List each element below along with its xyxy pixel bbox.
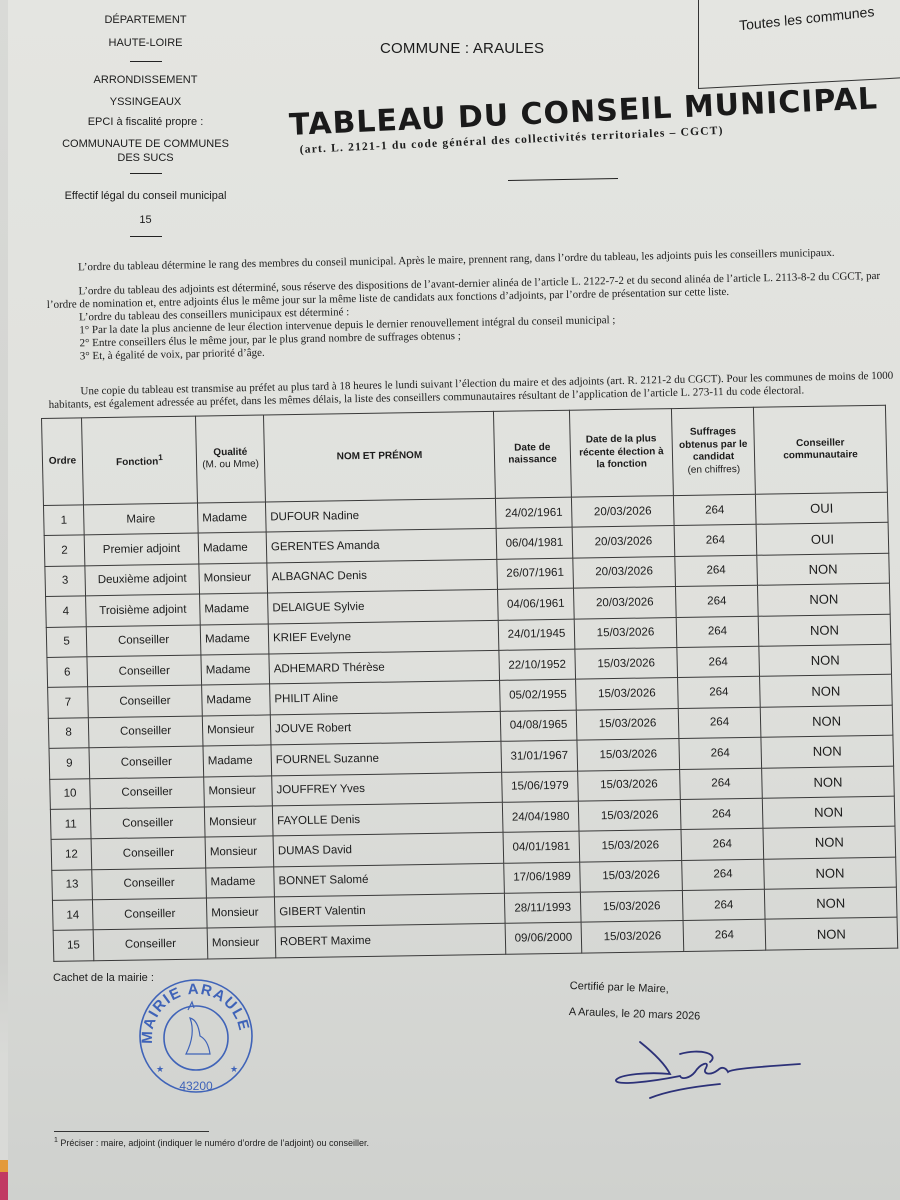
cell-fonction: Conseiller bbox=[92, 898, 207, 930]
cell-suffrages: 264 bbox=[680, 798, 763, 830]
cell-communautaire: NON bbox=[757, 553, 890, 585]
cell-naissance: 04/06/1961 bbox=[497, 588, 574, 620]
cell-fonction: Maire bbox=[83, 503, 198, 535]
cell-nom: PHILIT Aline bbox=[270, 681, 501, 715]
cell-election: 15/03/2026 bbox=[576, 708, 679, 740]
mairie-stamp-icon: MAIRIE ARAULES 43200 ★ ★ bbox=[136, 976, 256, 1096]
cell-ordre: 8 bbox=[48, 718, 89, 749]
cell-nom: GIBERT Valentin bbox=[274, 893, 505, 927]
col-header-ordre: Ordre bbox=[42, 418, 84, 506]
cell-suffrages: 264 bbox=[678, 707, 761, 739]
scope-label: Toutes les communes bbox=[739, 3, 875, 33]
cell-naissance: 28/11/1993 bbox=[504, 892, 581, 924]
cell-suffrages: 264 bbox=[680, 768, 763, 800]
cell-ordre: 6 bbox=[47, 657, 88, 688]
table-header-row: Ordre Fonction1 Qualité(M. ou Mme) NOM E… bbox=[42, 405, 888, 505]
svg-text:★: ★ bbox=[156, 1064, 164, 1074]
cell-qualite: Monsieur bbox=[206, 897, 275, 928]
cell-nom: ROBERT Maxime bbox=[275, 924, 506, 958]
effectif-value: 15 bbox=[48, 214, 243, 228]
cell-qualite: Madame bbox=[202, 684, 271, 715]
departement-value: HAUTE-LOIRE bbox=[48, 37, 243, 51]
cell-ordre: 11 bbox=[50, 809, 91, 840]
svg-text:★: ★ bbox=[230, 1064, 238, 1074]
cell-election: 20/03/2026 bbox=[573, 556, 676, 588]
cell-qualite: Madame bbox=[201, 654, 270, 685]
cell-election: 15/03/2026 bbox=[580, 891, 683, 923]
cell-ordre: 13 bbox=[52, 869, 93, 900]
cell-qualite: Monsieur bbox=[205, 836, 274, 867]
cell-election: 15/03/2026 bbox=[578, 769, 681, 801]
cell-suffrages: 264 bbox=[673, 494, 756, 526]
cell-qualite: Madame bbox=[200, 624, 269, 655]
cell-naissance: 26/07/1961 bbox=[497, 558, 574, 590]
cell-fonction: Conseiller bbox=[90, 777, 205, 809]
cell-communautaire: NON bbox=[762, 766, 895, 798]
cell-ordre: 15 bbox=[53, 930, 94, 961]
cell-nom: DUFOUR Nadine bbox=[265, 498, 496, 532]
cell-ordre: 2 bbox=[44, 535, 85, 566]
cell-nom: FOURNEL Suzanne bbox=[271, 741, 502, 775]
cell-communautaire: NON bbox=[764, 887, 897, 919]
cell-election: 20/03/2026 bbox=[573, 587, 676, 619]
cell-fonction: Conseiller bbox=[89, 746, 204, 778]
col-header-fonction: Fonction1 bbox=[82, 416, 198, 505]
cell-suffrages: 264 bbox=[677, 646, 760, 678]
col-header-communautaire: Conseiller communautaire bbox=[753, 405, 887, 494]
cell-naissance: 04/01/1981 bbox=[503, 831, 580, 863]
cell-ordre: 5 bbox=[46, 626, 87, 657]
cell-nom: GERENTES Amanda bbox=[266, 529, 497, 563]
epci-line-2: DES SUCS bbox=[48, 152, 243, 166]
col-header-suffrages: Suffrages obtenus par le candidat(en chi… bbox=[671, 407, 755, 495]
cell-fonction: Conseiller bbox=[90, 807, 205, 839]
cell-fonction: Deuxième adjoint bbox=[85, 564, 200, 596]
cell-suffrages: 264 bbox=[675, 585, 758, 617]
cell-suffrages: 264 bbox=[678, 677, 761, 709]
cell-qualite: Madame bbox=[206, 867, 275, 898]
cell-fonction: Troisième adjoint bbox=[86, 594, 201, 626]
effectif-label: Effectif légal du conseil municipal bbox=[48, 190, 243, 204]
cell-election: 15/03/2026 bbox=[581, 921, 684, 953]
cell-ordre: 4 bbox=[46, 596, 87, 627]
cell-fonction: Conseiller bbox=[88, 716, 203, 748]
cell-ordre: 14 bbox=[52, 900, 93, 931]
cell-naissance: 24/02/1961 bbox=[495, 497, 572, 529]
document-page: DÉPARTEMENT HAUTE-LOIRE ARRONDISSEMENT Y… bbox=[8, 0, 900, 1200]
footnote: 1 Préciser : maire, adjoint (indiquer le… bbox=[54, 1137, 369, 1148]
cell-naissance: 22/10/1952 bbox=[499, 649, 576, 681]
cell-election: 15/03/2026 bbox=[579, 830, 682, 862]
cell-nom: KRIEF Evelyne bbox=[268, 620, 499, 654]
cell-ordre: 7 bbox=[48, 687, 89, 718]
scope-box: Toutes les communes bbox=[698, 0, 900, 89]
cell-ordre: 12 bbox=[51, 839, 92, 870]
cell-nom: ADHEMARD Thérèse bbox=[269, 650, 500, 684]
cell-communautaire: NON bbox=[761, 735, 894, 767]
cell-suffrages: 264 bbox=[675, 555, 758, 587]
divider bbox=[130, 236, 162, 237]
col-header-nom: NOM ET PRÉNOM bbox=[263, 411, 495, 502]
instructions-text: L’ordre du tableau détermine le rang des… bbox=[46, 246, 899, 412]
cell-communautaire: OUI bbox=[755, 492, 888, 524]
cell-nom: ALBAGNAC Denis bbox=[267, 559, 498, 593]
cell-communautaire: OUI bbox=[756, 523, 889, 555]
cell-communautaire: NON bbox=[763, 826, 896, 858]
cell-qualite: Monsieur bbox=[202, 715, 271, 746]
cell-naissance: 24/01/1945 bbox=[498, 619, 575, 651]
cell-election: 20/03/2026 bbox=[571, 496, 674, 528]
cell-election: 20/03/2026 bbox=[572, 526, 675, 558]
cell-election: 15/03/2026 bbox=[575, 647, 678, 679]
cell-qualite: Monsieur bbox=[204, 806, 273, 837]
cell-qualite: Monsieur bbox=[199, 563, 268, 594]
council-table: Ordre Fonction1 Qualité(M. ou Mme) NOM E… bbox=[41, 405, 898, 962]
cell-naissance: 09/06/2000 bbox=[505, 923, 582, 955]
cell-suffrages: 264 bbox=[676, 616, 759, 648]
cell-communautaire: NON bbox=[764, 857, 897, 889]
cell-communautaire: NON bbox=[758, 614, 891, 646]
cell-qualite: Monsieur bbox=[204, 775, 273, 806]
cell-nom: BONNET Salomé bbox=[274, 863, 505, 897]
cell-ordre: 10 bbox=[50, 778, 91, 809]
cell-fonction: Conseiller bbox=[91, 837, 206, 869]
commune-name: COMMUNE : ARAULES bbox=[380, 40, 544, 57]
cell-communautaire: NON bbox=[757, 583, 890, 615]
epci-line-1: COMMUNAUTE DE COMMUNES bbox=[48, 138, 243, 152]
col-header-election: Date de la plus récente élection à la fo… bbox=[569, 409, 673, 498]
col-header-qualite: Qualité(M. ou Mme) bbox=[195, 415, 265, 503]
svg-text:43200: 43200 bbox=[179, 1079, 213, 1093]
cell-communautaire: NON bbox=[760, 705, 893, 737]
cell-naissance: 06/04/1981 bbox=[496, 528, 573, 560]
cell-naissance: 15/06/1979 bbox=[502, 771, 579, 803]
cell-election: 15/03/2026 bbox=[577, 739, 680, 771]
cell-qualite: Madame bbox=[200, 593, 269, 624]
cell-nom: JOUFFREY Yves bbox=[272, 772, 503, 806]
cell-nom: DUMAS David bbox=[273, 833, 504, 867]
cell-fonction: Conseiller bbox=[86, 625, 201, 657]
certification-line-2: A Araules, le 20 mars 2026 bbox=[569, 1006, 701, 1023]
cell-suffrages: 264 bbox=[682, 889, 765, 921]
divider bbox=[130, 173, 162, 174]
cell-qualite: Madame bbox=[203, 745, 272, 776]
background-edge bbox=[0, 0, 8, 1200]
title-divider bbox=[508, 178, 618, 181]
cell-communautaire: NON bbox=[760, 675, 893, 707]
cell-naissance: 24/04/1980 bbox=[502, 801, 579, 833]
cell-ordre: 1 bbox=[43, 505, 84, 536]
arrondissement-label: ARRONDISSEMENT bbox=[48, 74, 243, 88]
cell-fonction: Conseiller bbox=[87, 655, 202, 687]
cell-communautaire: NON bbox=[759, 644, 892, 676]
certification-block: Certifié par le Maire, A Araules, le 20 … bbox=[568, 980, 701, 1037]
footnote-divider bbox=[54, 1131, 209, 1132]
cell-fonction: Conseiller bbox=[88, 685, 203, 717]
divider bbox=[130, 61, 162, 62]
cell-communautaire: NON bbox=[765, 918, 898, 950]
cell-fonction: Conseiller bbox=[93, 928, 208, 960]
cell-naissance: 05/02/1955 bbox=[500, 679, 577, 711]
cell-fonction: Premier adjoint bbox=[84, 533, 199, 565]
cell-suffrages: 264 bbox=[683, 920, 766, 952]
col-header-naissance: Date de naissance bbox=[493, 410, 571, 498]
cell-naissance: 17/06/1989 bbox=[504, 862, 581, 894]
cell-naissance: 04/08/1965 bbox=[500, 710, 577, 742]
cell-election: 15/03/2026 bbox=[580, 860, 683, 892]
cell-ordre: 9 bbox=[49, 748, 90, 779]
cell-qualite: Monsieur bbox=[207, 927, 276, 958]
cell-nom: FAYOLLE Denis bbox=[272, 802, 503, 836]
cell-suffrages: 264 bbox=[679, 737, 762, 769]
cell-communautaire: NON bbox=[762, 796, 895, 828]
cell-election: 15/03/2026 bbox=[578, 799, 681, 831]
cell-suffrages: 264 bbox=[681, 829, 764, 861]
departement-label: DÉPARTEMENT bbox=[48, 14, 243, 28]
cell-nom: DELAIGUE Sylvie bbox=[268, 590, 499, 624]
cell-nom: JOUVE Robert bbox=[270, 711, 501, 745]
cell-qualite: Madame bbox=[198, 532, 267, 563]
cell-election: 15/03/2026 bbox=[576, 678, 679, 710]
cell-fonction: Conseiller bbox=[92, 868, 207, 900]
signature-icon bbox=[610, 1034, 810, 1104]
svg-text:MAIRIE ARAULES: MAIRIE ARAULES bbox=[136, 976, 253, 1044]
cell-ordre: 3 bbox=[45, 566, 86, 597]
cell-suffrages: 264 bbox=[674, 525, 757, 557]
certification-line-1: Certifié par le Maire, bbox=[570, 980, 702, 997]
cell-qualite: Madame bbox=[197, 502, 266, 533]
cell-election: 15/03/2026 bbox=[574, 617, 677, 649]
cell-naissance: 31/01/1967 bbox=[501, 740, 578, 772]
cell-suffrages: 264 bbox=[682, 859, 765, 891]
arrondissement-value: YSSINGEAUX bbox=[48, 96, 243, 110]
administrative-header: DÉPARTEMENT HAUTE-LOIRE ARRONDISSEMENT Y… bbox=[48, 14, 243, 249]
epci-label: EPCI à fiscalité propre : bbox=[48, 116, 243, 130]
council-table-wrapper: Ordre Fonction1 Qualité(M. ou Mme) NOM E… bbox=[41, 405, 898, 962]
